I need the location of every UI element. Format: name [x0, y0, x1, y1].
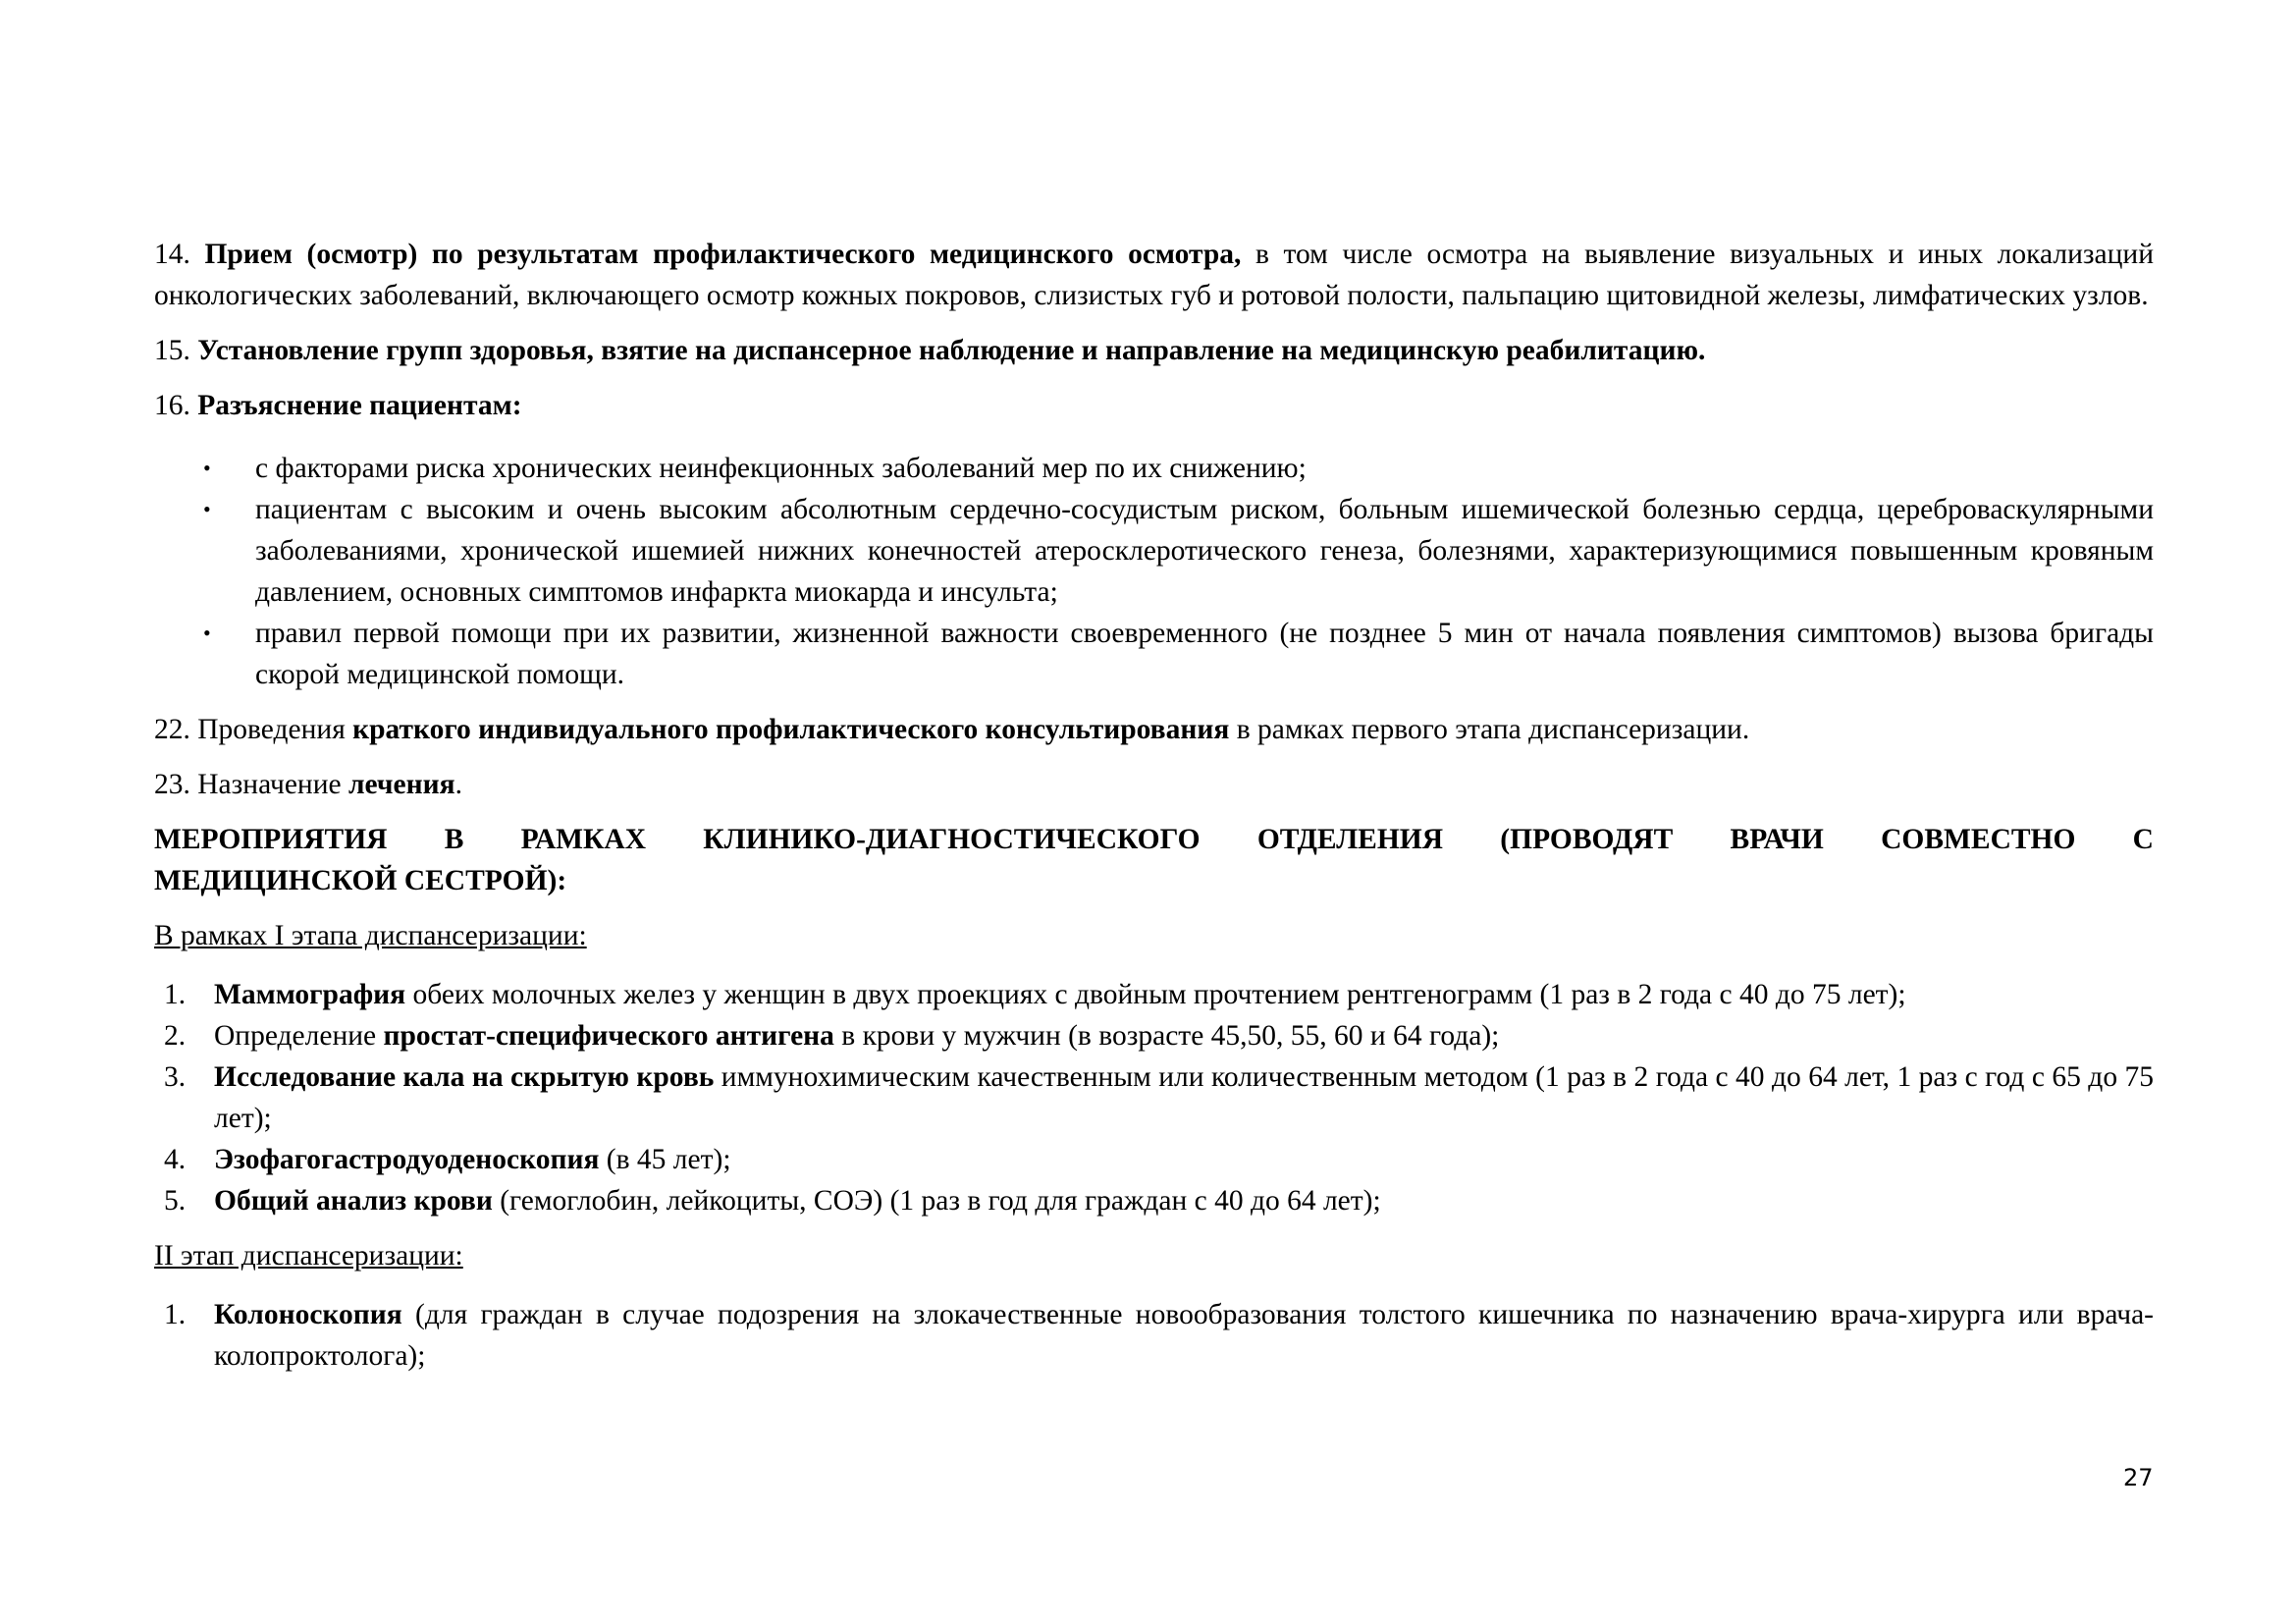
list-item-title: Эзофагогастродуоденоскопия — [214, 1144, 599, 1175]
item-title: лечения — [348, 769, 455, 800]
document-page: 14. Прием (осмотр) по результатам профил… — [154, 234, 2154, 1377]
list-item-number: 5. — [164, 1180, 186, 1221]
item-title: Установление групп здоровья, взятие на д… — [197, 335, 1705, 366]
section-heading-line-1: МЕРОПРИЯТИЯ В РАМКАХ КЛИНИКО-ДИАГНОСТИЧЕ… — [154, 819, 2154, 860]
item-text: Назначение — [190, 769, 348, 800]
list-item-text: обеих молочных желез у женщин в двух про… — [405, 979, 1906, 1010]
list-item: 5. Общий анализ крови (гемоглобин, лейко… — [154, 1180, 2154, 1221]
list-item: • с факторами риска хронических неинфекц… — [154, 448, 2154, 489]
list-item-number: 1. — [164, 974, 186, 1015]
list-item-number: 4. — [164, 1139, 186, 1180]
list-item-number: 1. — [164, 1294, 186, 1335]
list-item: 2. Определение простат-специфического ан… — [154, 1015, 2154, 1056]
item-15: 15. Установление групп здоровья, взятие … — [154, 330, 2154, 371]
section-heading: МЕРОПРИЯТИЯ В РАМКАХ КЛИНИКО-ДИАГНОСТИЧЕ… — [154, 819, 2154, 901]
page-number: 27 — [2123, 1463, 2154, 1492]
item-number: 14. — [154, 239, 190, 270]
list-item-text: (в 45 лет); — [599, 1144, 730, 1175]
list-item-number: 2. — [164, 1015, 186, 1056]
list-item-text: с факторами риска хронических неинфекцио… — [255, 453, 1307, 484]
list-item: • пациентам с высоким и очень высоким аб… — [154, 489, 2154, 613]
list-item-title: Колоноскопия — [214, 1299, 402, 1330]
list-item: • правил первой помощи при их развитии, … — [154, 613, 2154, 695]
list-item-text: пациентам с высоким и очень высоким абсо… — [255, 494, 2154, 608]
list-item-title: Маммография — [214, 979, 405, 1010]
stage-2-list: 1. Колоноскопия (для граждан в случае по… — [154, 1294, 2154, 1377]
item-22: 22. Проведения краткого индивидуального … — [154, 709, 2154, 750]
item-title: Прием (осмотр) по результатам профилакти… — [204, 239, 1241, 270]
stage-2-title: II этап диспансеризации: — [154, 1235, 2154, 1276]
item-text: в рамках первого этапа диспансеризации. — [1229, 714, 1749, 745]
item-14: 14. Прием (осмотр) по результатам профил… — [154, 234, 2154, 316]
item-number: 15. — [154, 335, 190, 366]
bullet-icon: • — [203, 448, 211, 489]
list-item-title: Общий анализ крови — [214, 1185, 493, 1217]
list-item: 4. Эзофагогастродуоденоскопия (в 45 лет)… — [154, 1139, 2154, 1180]
item-number: 16. — [154, 390, 190, 421]
list-item-text: (гемоглобин, лейкоциты, СОЭ) (1 раз в го… — [493, 1185, 1381, 1217]
list-item: 1. Маммография обеих молочных желез у же… — [154, 974, 2154, 1015]
list-item-text: Определение — [214, 1020, 384, 1052]
item-title: Разъяснение пациентам: — [197, 390, 521, 421]
section-heading-line-2: МЕДИЦИНСКОЙ СЕСТРОЙ): — [154, 865, 566, 896]
item-number: 22. — [154, 714, 190, 745]
list-item-text: правил первой помощи при их развитии, жи… — [255, 618, 2154, 690]
list-item-text: в крови у мужчин (в возрасте 45,50, 55, … — [834, 1020, 1499, 1052]
bullet-list: • с факторами риска хронических неинфекц… — [154, 448, 2154, 695]
list-item-text: (для граждан в случае подозрения на злок… — [214, 1299, 2154, 1372]
stage-1-title: В рамках I этапа диспансеризации: — [154, 915, 2154, 956]
item-title: краткого индивидуального профилактическо… — [352, 714, 1229, 745]
bullet-icon: • — [203, 613, 211, 654]
list-item: 1. Колоноскопия (для граждан в случае по… — [154, 1294, 2154, 1377]
item-23: 23. Назначение лечения. — [154, 764, 2154, 805]
bullet-icon: • — [203, 489, 211, 530]
list-item: 3. Исследование кала на скрытую кровь им… — [154, 1056, 2154, 1139]
list-item-number: 3. — [164, 1056, 186, 1098]
item-text: Проведения — [190, 714, 352, 745]
item-number: 23. — [154, 769, 190, 800]
stage-1-list: 1. Маммография обеих молочных желез у же… — [154, 974, 2154, 1221]
item-16: 16. Разъяснение пациентам: — [154, 385, 2154, 426]
list-item-title: Исследование кала на скрытую кровь — [214, 1061, 714, 1093]
item-text: . — [455, 769, 462, 800]
list-item-title: простат-специфического антигена — [384, 1020, 834, 1052]
